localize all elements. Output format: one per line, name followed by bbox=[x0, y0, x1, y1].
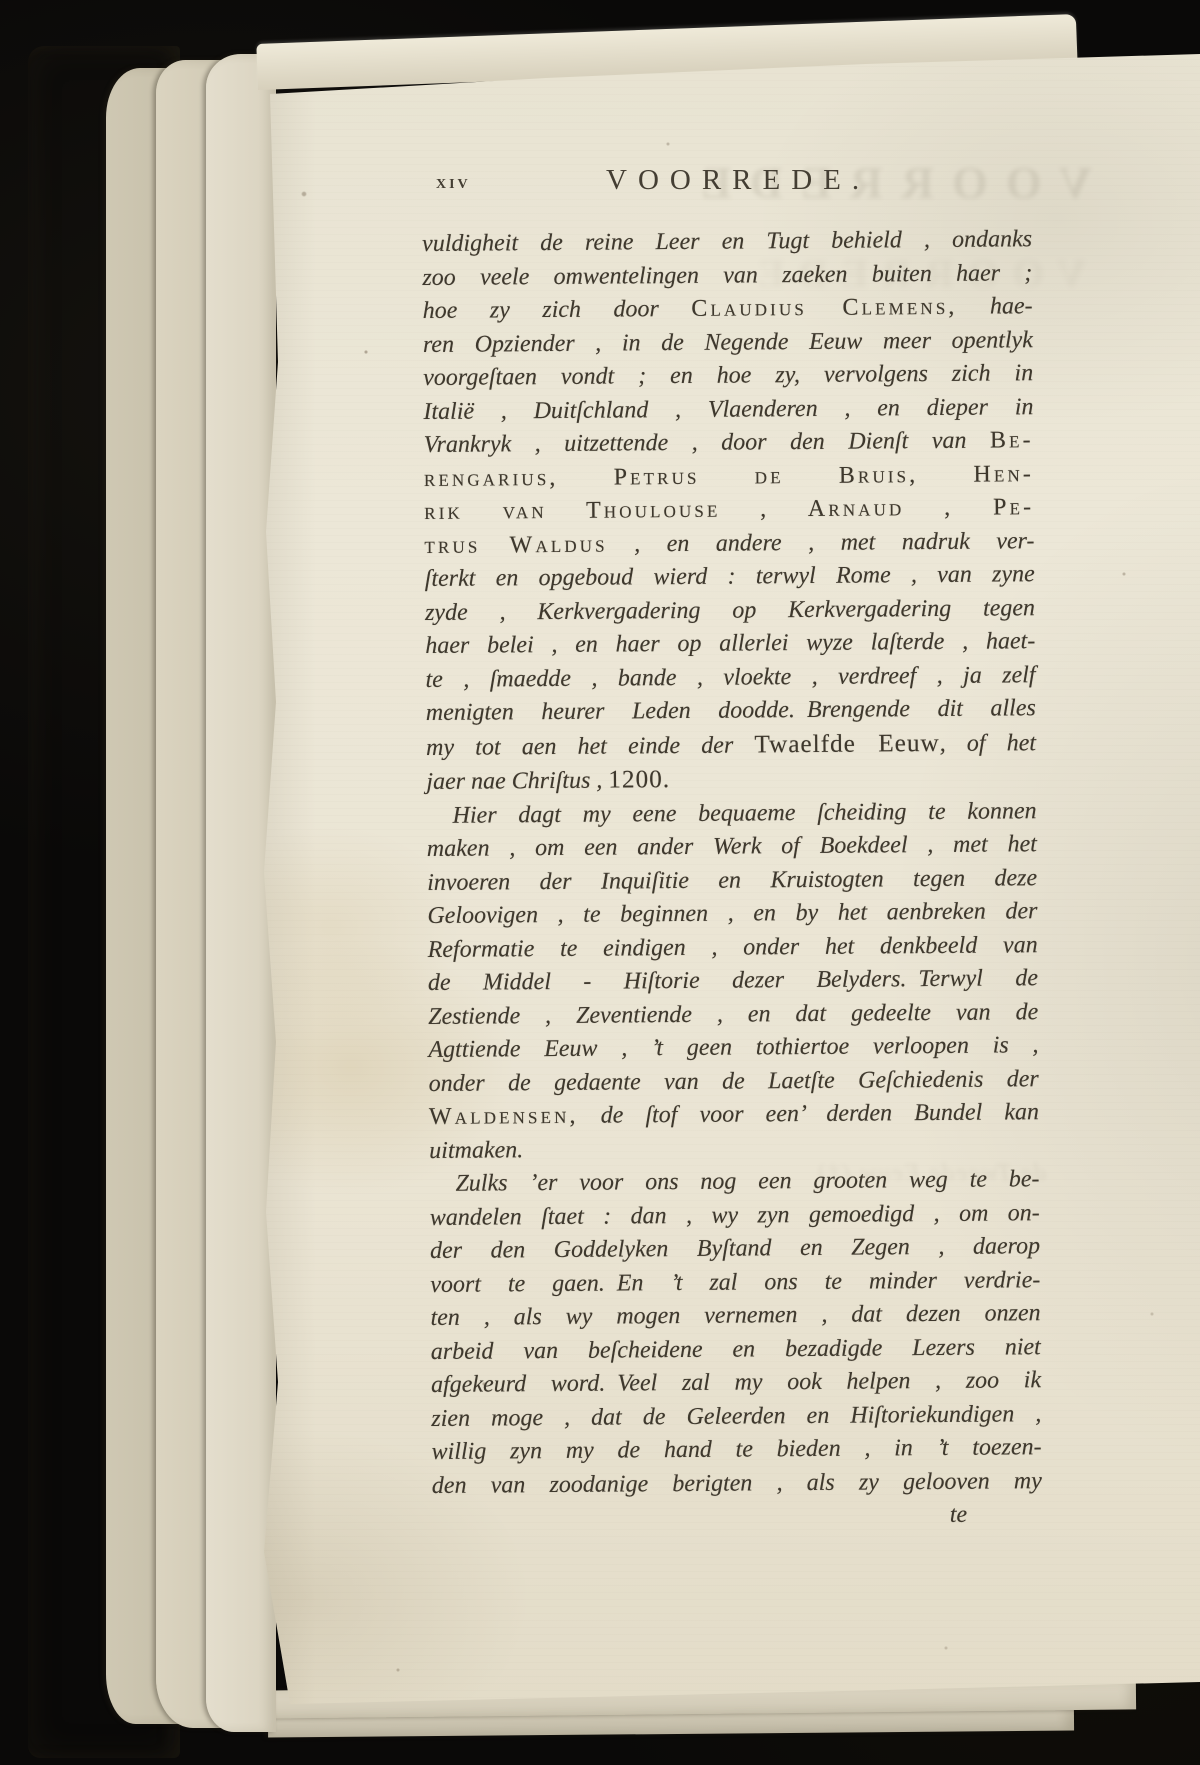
catchword: te bbox=[432, 1498, 1042, 1536]
text-line: Waldensen, de ſtof voor een’ derden Bund… bbox=[429, 1096, 1039, 1134]
text-segment: Zulks ’er voor ons nog een grooten weg t… bbox=[455, 1166, 1039, 1197]
text-segment: voorgeſtaen vondt ; en hoe zy, vervolgen… bbox=[423, 360, 1033, 391]
page-number: xiv bbox=[436, 171, 471, 194]
text-line: wandelen ſtaet : dan , wy zyn gemoedigd … bbox=[430, 1197, 1040, 1235]
text-segment: my tot aen het einde der bbox=[426, 732, 755, 761]
text-segment: Zestiende , Zeventiende , en dat gedeelt… bbox=[428, 999, 1038, 1030]
text-segment: willig zyn my de hand te bieden , in ’t … bbox=[432, 1434, 1042, 1465]
text-line: zyde , Kerkvergadering op Kerkvergaderin… bbox=[425, 592, 1035, 630]
text-segment: zoo veele omwentelingen van zaeken buite… bbox=[422, 260, 1032, 291]
text-segment: zien moge , dat de Geleerden en Hiſtorie… bbox=[431, 1401, 1041, 1432]
text-segment: Vrankryk , uitzettende , door den Dienſt… bbox=[424, 428, 990, 458]
text-line: voorgeſtaen vondt ; en hoe zy, vervolgen… bbox=[423, 357, 1033, 395]
text-line: invoeren der Inquiſitie en Kruistogten t… bbox=[427, 862, 1037, 900]
text-segment: ten , als wy mogen vernemen , dat dezen … bbox=[430, 1300, 1040, 1331]
text-segment: Twaelfde Eeuw bbox=[754, 729, 939, 757]
text-line: uitmaken. bbox=[429, 1130, 1039, 1168]
text-segment: Agttiende Eeuw , ’t geen tothiertoe verl… bbox=[428, 1032, 1038, 1063]
text-segment: invoeren der Inquiſitie en Kruistogten t… bbox=[427, 865, 1037, 896]
proper-name: rengarius, Petrus de Bruis, Hen- bbox=[424, 461, 1034, 492]
book-photo: { "photo": { "page_number": "xiv", "runn… bbox=[0, 0, 1200, 1765]
text-segment: voort te gaen. En ’t zal ons te minder v… bbox=[430, 1267, 1040, 1298]
text-line: te , ſmaedde , bande , vloekte , verdree… bbox=[425, 659, 1035, 697]
text-segment: zyde , Kerkvergadering op Kerkvergaderin… bbox=[425, 595, 1035, 626]
text-line: jaer nae Chriſtus , 1200. bbox=[426, 760, 1036, 799]
text-line: Italië , Duitſchland , Vlaenderen , en d… bbox=[423, 391, 1033, 429]
text-segment: , of het bbox=[940, 730, 1037, 757]
proper-name: Claudius Clemens, bbox=[691, 294, 957, 322]
text-line: my tot aen het einde der Twaelfde Eeuw, … bbox=[426, 726, 1036, 765]
text-segment: afgekeurd word. Veel zal my ook helpen ,… bbox=[431, 1367, 1041, 1398]
text-segment: vuldigheit de reine Leer en Tugt behield… bbox=[422, 226, 1032, 257]
text-line: ten , als wy mogen vernemen , dat dezen … bbox=[430, 1297, 1040, 1335]
text-line: rengarius, Petrus de Bruis, Hen- bbox=[424, 458, 1034, 496]
text-segment: , en andere , met nadruk ver- bbox=[608, 528, 1035, 557]
text-line: Agttiende Eeuw , ’t geen tothiertoe verl… bbox=[428, 1029, 1038, 1067]
text-line: Hier dagt my eene bequaeme ſcheiding te … bbox=[426, 795, 1036, 833]
text-segment: 1200. bbox=[608, 766, 670, 793]
proper-name: Be- bbox=[990, 427, 1034, 453]
running-title: VOORREDE. bbox=[606, 164, 870, 197]
text-line: Reformatie te eindigen , onder het denkb… bbox=[428, 929, 1038, 967]
text-segment: arbeid van beſcheidene en bezadigde Leze… bbox=[431, 1334, 1041, 1365]
text-line: menigten heurer Leden doodde. Brengende … bbox=[426, 692, 1036, 730]
text-line: onder de gedaente van de Laetſte Geſchie… bbox=[429, 1063, 1039, 1101]
text-segment: uitmaken. bbox=[429, 1137, 523, 1164]
text-segment: onder de gedaente van de Laetſte Geſchie… bbox=[429, 1066, 1039, 1097]
text-line: willig zyn my de hand te bieden , in ’t … bbox=[431, 1431, 1041, 1469]
text-segment: de ſtof voor een’ derden Bundel kan bbox=[578, 1099, 1039, 1129]
text-line: hoe zy zich door Claudius Clemens, hae- bbox=[423, 290, 1033, 328]
text-line: ren Opziender , in de Negende Eeuw meer … bbox=[423, 324, 1033, 362]
book-page: VOORREDE VOORREDE de Tweede Eeuw (†) xiv… bbox=[246, 52, 1200, 1712]
text-line: der den Goddelyken Byſtand en Zegen , da… bbox=[430, 1230, 1040, 1268]
text-segment: jaer nae Chriſtus , bbox=[426, 768, 608, 795]
text-segment: Hier dagt my eene bequaeme ſcheiding te … bbox=[453, 798, 1037, 829]
text-line: den van zoodanige berigten , als zy gelo… bbox=[432, 1465, 1042, 1503]
text-line: voort te gaen. En ’t zal ons te minder v… bbox=[430, 1264, 1040, 1302]
text-line: zoo veele omwentelingen van zaeken buite… bbox=[422, 257, 1032, 295]
proper-name: trus Waldus bbox=[424, 531, 607, 558]
proper-name: Waldensen, bbox=[429, 1103, 579, 1130]
text-line: Geloovigen , te beginnen , en by het aen… bbox=[427, 895, 1037, 933]
text-line: Vrankryk , uitzettende , door den Dienſt… bbox=[424, 424, 1034, 462]
text-line: de Middel - Hiſtorie dezer Belyders. Ter… bbox=[428, 962, 1038, 1000]
text-segment: de Middel - Hiſtorie dezer Belyders. Ter… bbox=[428, 965, 1038, 996]
text-block: vuldigheit de reine Leer en Tugt behield… bbox=[422, 223, 1042, 1536]
text-segment: ren Opziender , in de Negende Eeuw meer … bbox=[423, 327, 1033, 358]
text-line: zien moge , dat de Geleerden en Hiſtorie… bbox=[431, 1398, 1041, 1436]
text-line: afgekeurd word. Veel zal my ook helpen ,… bbox=[431, 1364, 1041, 1402]
text-segment: Reformatie te eindigen , onder het denkb… bbox=[428, 932, 1038, 963]
text-segment: wandelen ſtaet : dan , wy zyn gemoedigd … bbox=[430, 1200, 1040, 1231]
proper-name: rik van Thoulouse , Arnaud , Pe- bbox=[424, 494, 1034, 525]
text-line: haer belei , en haer op allerlei wyze la… bbox=[425, 625, 1035, 663]
text-line: maken , om een ander Werk of Boekdeel , … bbox=[427, 828, 1037, 866]
text-segment: maken , om een ander Werk of Boekdeel , … bbox=[427, 831, 1037, 862]
text-segment: ſterkt en opgeboud wierd : terwyl Rome ,… bbox=[425, 561, 1035, 592]
text-line: trus Waldus , en andere , met nadruk ver… bbox=[424, 525, 1034, 563]
text-segment: te , ſmaedde , bande , vloekte , verdree… bbox=[425, 662, 1035, 693]
text-line: vuldigheit de reine Leer en Tugt behield… bbox=[422, 223, 1032, 261]
text-segment: Italië , Duitſchland , Vlaenderen , en d… bbox=[423, 394, 1033, 425]
text-segment: den van zoodanige berigten , als zy gelo… bbox=[432, 1468, 1042, 1499]
text-line: arbeid van beſcheidene en bezadigde Leze… bbox=[431, 1331, 1041, 1369]
text-segment: hoe zy zich door bbox=[423, 296, 692, 324]
text-line: rik van Thoulouse , Arnaud , Pe- bbox=[424, 491, 1034, 529]
text-segment: menigten heurer Leden doodde. Brengende … bbox=[426, 695, 1036, 726]
text-segment: Geloovigen , te beginnen , en by het aen… bbox=[427, 898, 1037, 929]
text-line: Zulks ’er voor ons nog een grooten weg t… bbox=[429, 1163, 1039, 1201]
text-segment: hae- bbox=[957, 293, 1032, 320]
text-segment: haer belei , en haer op allerlei wyze la… bbox=[425, 628, 1035, 659]
text-line: Zestiende , Zeventiende , en dat gedeelt… bbox=[428, 996, 1038, 1034]
text-segment: der den Goddelyken Byſtand en Zegen , da… bbox=[430, 1233, 1040, 1264]
text-line: ſterkt en opgeboud wierd : terwyl Rome ,… bbox=[425, 558, 1035, 596]
text-lines: vuldigheit de reine Leer en Tugt behield… bbox=[422, 223, 1042, 1503]
